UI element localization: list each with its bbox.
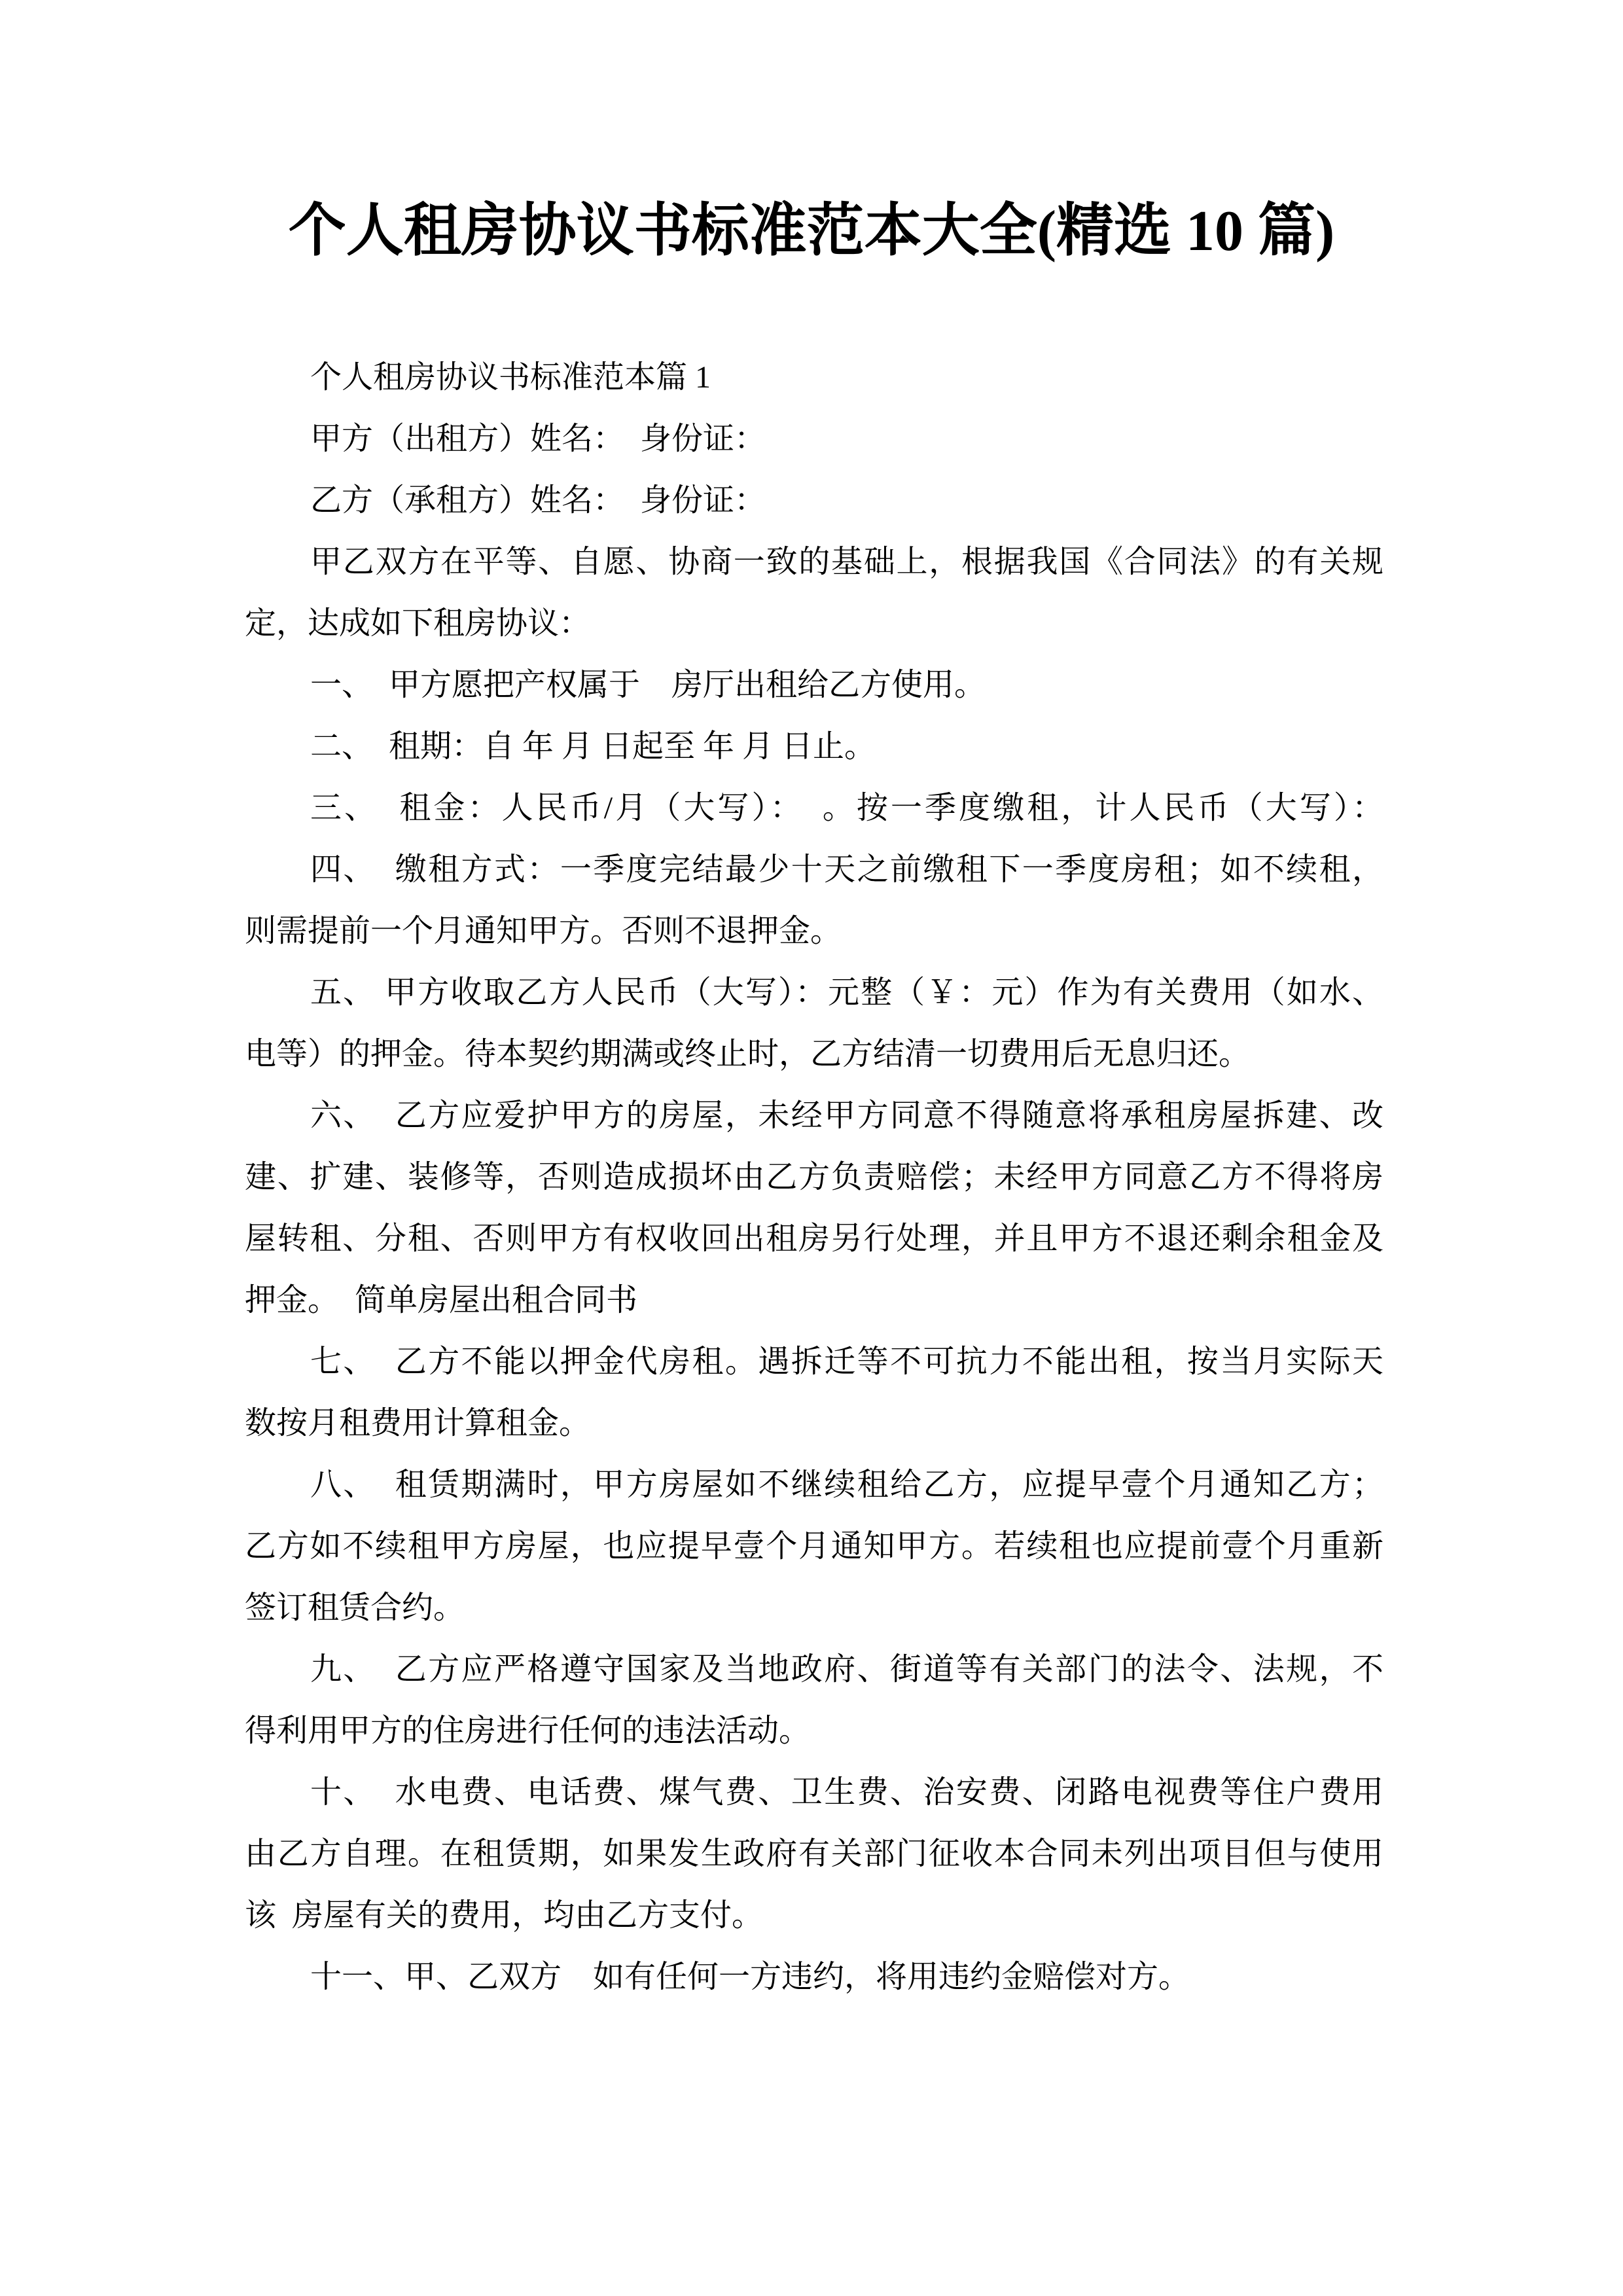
text-line: 个人租房协议书标准范本篇 1	[245, 347, 1383, 408]
text-line: 该 房屋有关的费用，均由乙方支付。	[245, 1885, 1383, 1946]
text-line: 五、 甲方收取乙方人民币（大写）：元整（￥：元）作为有关费用（如水、	[245, 962, 1383, 1024]
text-line: 九、 乙方应严格遵守国家及当地政府、街道等有关部门的法令、法规，不	[245, 1639, 1383, 1700]
text-line: 一、 甲方愿把产权属于 房厅出租给乙方使用。	[245, 655, 1383, 716]
text-line: 甲乙双方在平等、自愿、协商一致的基础上，根据我国《合同法》的有关规	[245, 531, 1383, 593]
document-body: 个人租房协议书标准范本篇 1甲方（出租方）姓名： 身份证：乙方（承租方）姓名： …	[245, 347, 1383, 2008]
text-line: 六、 乙方应爱护甲方的房屋，未经甲方同意不得随意将承租房屋拆建、改	[245, 1085, 1383, 1147]
document-title: 个人租房协议书标准范本大全(精选 10 篇)	[0, 200, 1623, 264]
text-line: 乙方如不续租甲方房屋，也应提早壹个月通知甲方。若续租也应提前壹个月重新	[245, 1516, 1383, 1577]
text-line: 得利用甲方的住房进行任何的违法活动。	[245, 1700, 1383, 1762]
text-line: 电等）的押金。待本契约期满或终止时，乙方结清一切费用后无息归还。	[245, 1024, 1383, 1085]
text-line: 十、 水电费、电话费、煤气费、卫生费、治安费、闭路电视费等住户费用	[245, 1762, 1383, 1823]
text-line: 签订租赁合约。	[245, 1577, 1383, 1639]
text-line: 三、 租金：人民币/月（大写）： 。按一季度缴租，计人民币（大写）：	[245, 778, 1383, 839]
text-line: 建、扩建、装修等，否则造成损坏由乙方负责赔偿；未经甲方同意乙方不得将房	[245, 1147, 1383, 1208]
text-line: 则需提前一个月通知甲方。否则不退押金。	[245, 901, 1383, 962]
text-line: 定，达成如下租房协议：	[245, 593, 1383, 655]
text-line: 八、 租赁期满时，甲方房屋如不继续租给乙方，应提早壹个月通知乙方；	[245, 1454, 1383, 1516]
text-line: 四、 缴租方式：一季度完结最少十天之前缴租下一季度房租；如不续租，	[245, 839, 1383, 901]
text-line: 十一、甲、乙双方 如有任何一方违约，将用违约金赔偿对方。	[245, 1946, 1383, 2008]
text-line: 二、 租期：自 年 月 日起至 年 月 日止。	[245, 716, 1383, 778]
text-line: 押金。 简单房屋出租合同书	[245, 1270, 1383, 1331]
text-line: 甲方（出租方）姓名： 身份证：	[245, 408, 1383, 470]
text-line: 乙方（承租方）姓名： 身份证：	[245, 470, 1383, 531]
text-line: 七、 乙方不能以押金代房租。遇拆迁等不可抗力不能出租，按当月实际天	[245, 1331, 1383, 1393]
text-line: 数按月租费用计算租金。	[245, 1393, 1383, 1454]
text-line: 屋转租、分租、否则甲方有权收回出租房另行处理，并且甲方不退还剩余租金及	[245, 1208, 1383, 1270]
text-line: 由乙方自理。在租赁期，如果发生政府有关部门征收本合同未列出项目但与使用	[245, 1823, 1383, 1885]
document-page: 个人租房协议书标准范本大全(精选 10 篇) 个人租房协议书标准范本篇 1甲方（…	[0, 0, 1623, 2296]
